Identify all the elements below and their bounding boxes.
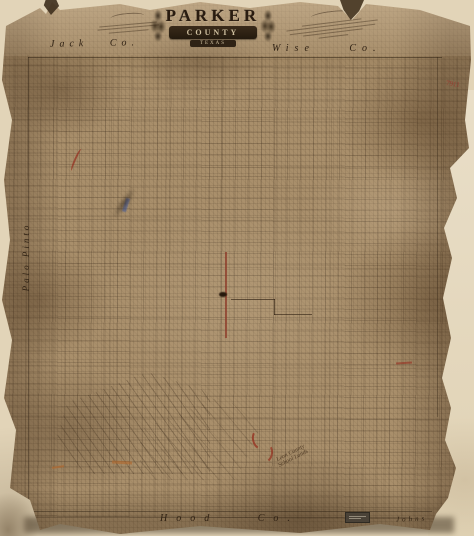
label-wise-county: Wise Co.: [272, 43, 382, 54]
catalog-sticker: [345, 512, 370, 523]
town-dot-weatherford: [219, 292, 227, 297]
boundary-step-2: [274, 299, 275, 315]
map-title-banner: COUNTY: [169, 26, 257, 39]
county-border-right: [437, 57, 438, 417]
red-catalog-number: 7911: [446, 79, 461, 89]
antique-map-photo: PARKER COUNTY TEXAS Jack Co. Wise Co. Pa…: [0, 0, 474, 536]
label-jack-county: Jack Co.: [50, 37, 139, 50]
map-title-sub: TEXAS: [190, 40, 236, 47]
map-sheet: PARKER COUNTY TEXAS Jack Co. Wise Co. Pa…: [0, 0, 474, 536]
label-johnson-county: Johns: [396, 514, 428, 523]
boundary-step-3: [274, 314, 312, 315]
boundary-step-1: [231, 299, 275, 300]
label-hood-county: Hood Co.: [160, 513, 299, 524]
label-palo-pinto-county: Palo Pinto: [21, 197, 31, 317]
county-border-top: [28, 57, 442, 58]
foliage-ornament-right-icon: [258, 10, 278, 42]
county-border-bottom: [30, 511, 432, 512]
age-stains: [0, 0, 474, 536]
